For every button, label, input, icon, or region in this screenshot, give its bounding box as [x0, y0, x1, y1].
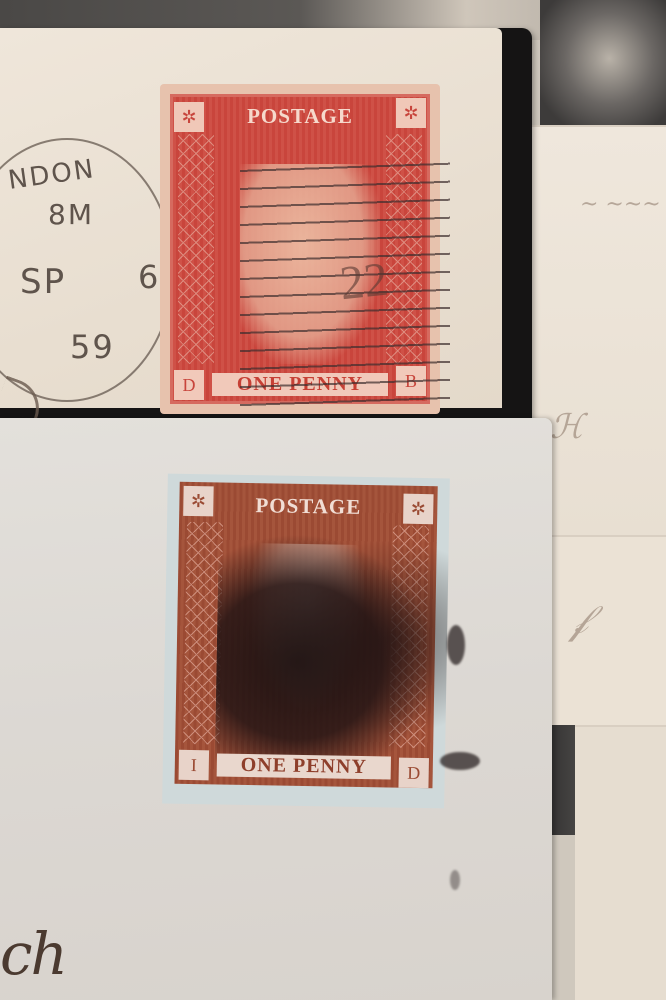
star-icon: ✲ — [174, 102, 204, 132]
blurred-script: ℋ — [550, 407, 584, 447]
check-letter-left: I — [179, 750, 210, 781]
blurred-script: 𝒻 — [570, 597, 588, 643]
star-icon: ✲ — [396, 98, 426, 128]
stamp-top-label: POSTAGE — [224, 493, 392, 521]
ink-smudge — [440, 752, 480, 770]
cancel-number: 22 — [337, 252, 390, 312]
lattice-border — [178, 134, 214, 364]
stamp-engraving: ✲ ✲ POSTAGE D ONE PENNY B 22 — [170, 94, 430, 404]
blurred-script: ~ ~~~ — [580, 192, 661, 217]
star-icon: ✲ — [403, 494, 434, 525]
postmark-time: 8M — [48, 198, 94, 231]
stamp-value-label: ONE PENNY — [217, 753, 391, 779]
ink-smudge — [447, 625, 465, 665]
postmark-month: SP — [20, 262, 66, 302]
ink-smudge — [450, 870, 460, 890]
postmark-year: 59 — [70, 328, 115, 366]
stamp-engraving: ✲ ✲ POSTAGE I ONE PENNY D — [174, 482, 437, 788]
check-letter-right: D — [398, 758, 429, 789]
penny-red-stamp: ✲ ✲ POSTAGE D ONE PENNY B 22 — [160, 84, 440, 414]
stamp-top-label: POSTAGE — [215, 104, 385, 129]
handwritten-address: ch — [0, 920, 66, 988]
penny-black-stamp: ✲ ✲ POSTAGE I ONE PENNY D — [162, 474, 450, 809]
maltese-cross-cancel — [215, 522, 449, 776]
background-letter-3 — [575, 725, 666, 1000]
check-letter-left: D — [174, 370, 204, 400]
star-icon: ✲ — [183, 486, 214, 517]
postmark-day: 6 — [138, 258, 160, 296]
blurred-background-stamp — [540, 0, 666, 130]
